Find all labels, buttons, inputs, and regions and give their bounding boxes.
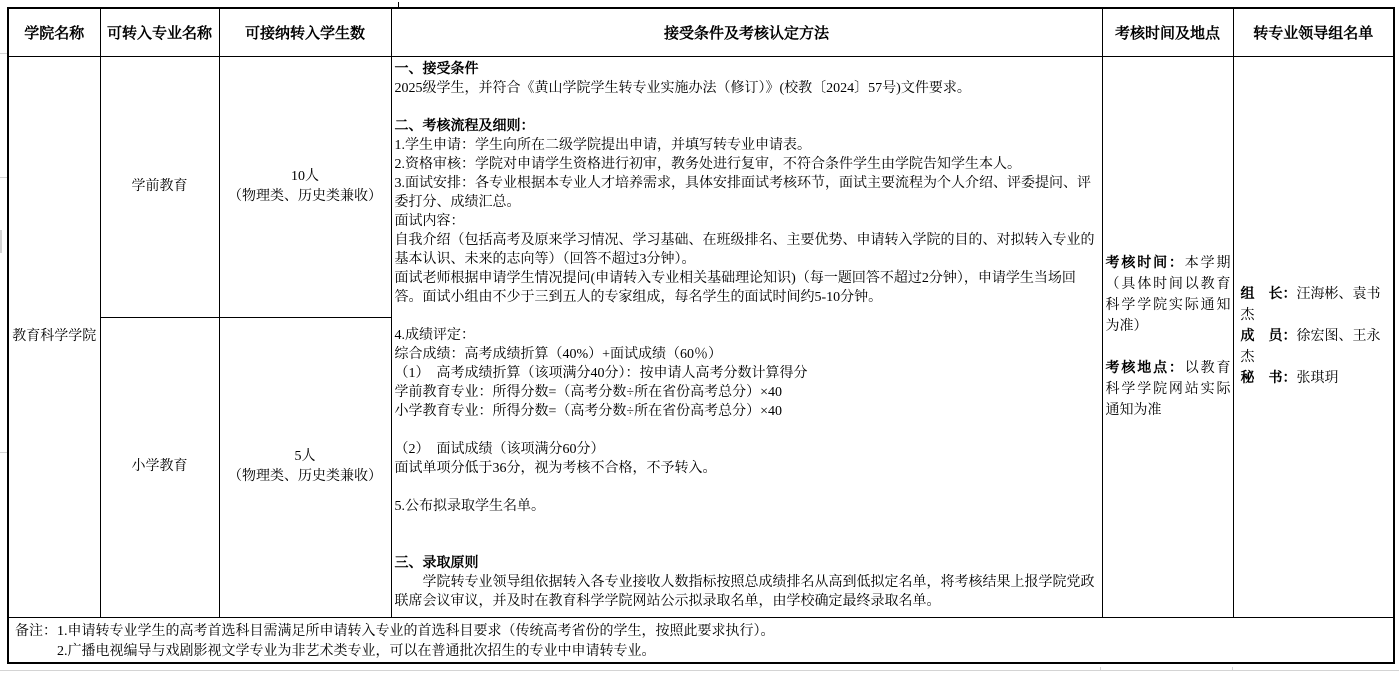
transfer-policy-table: 学院名称 可转入专业名称 可接纳转入学生数 接受条件及考核认定方法 考核时间及地… <box>7 7 1395 664</box>
header-leader-group: 转专业领导组名单 <box>1233 8 1394 56</box>
condition-line: 5.公布拟录取学生名单。 <box>395 497 1099 516</box>
quota-cell-preschool: 10人 （物理类、历史类兼收） <box>219 56 391 317</box>
condition-line: 2025级学生，并符合《黄山学院学生转专业实施办法（修订）》(校教〔2024〕5… <box>395 79 1099 98</box>
major-cell-primary: 小学教育 <box>100 317 219 617</box>
notes-cell: 备注：1.申请转专业学生的高考首选科目需满足所申请转入专业的首选科目要求（传统高… <box>8 617 1394 663</box>
note-line-1: 备注：1.申请转专业学生的高考首选科目需满足所申请转入专业的首选科目要求（传统高… <box>15 622 1387 642</box>
schedule-place-label: 考核地点： <box>1106 361 1185 376</box>
condition-line: 小学教育专业：所得分数=（高考分数÷所在省份高考总分）×40 <box>395 402 1099 421</box>
header-schedule: 考核时间及地点 <box>1102 8 1233 56</box>
gridline-artifact <box>0 53 7 54</box>
major-cell-preschool: 学前教育 <box>100 56 219 317</box>
quota-number: 10人 <box>222 167 389 187</box>
leader-row: 组 长：汪海彬、袁书杰 <box>1241 284 1390 326</box>
condition-line <box>395 307 1099 326</box>
gridline-artifact <box>1100 667 1101 671</box>
table-header-row: 学院名称 可转入专业名称 可接纳转入学生数 接受条件及考核认定方法 考核时间及地… <box>8 8 1394 56</box>
gridline-artifact <box>0 452 7 453</box>
condition-line <box>395 98 1099 117</box>
condition-line: 学院转专业领导组依据转入各专业接收人数指标按照总成绩排名从高到低拟定名单，将考核… <box>395 573 1099 611</box>
leader-row: 成 员：徐宏图、王永杰 <box>1241 326 1390 368</box>
leader-role-label: 秘 书： <box>1241 371 1297 386</box>
quota-cell-primary: 5人 （物理类、历史类兼收） <box>219 317 391 617</box>
condition-line: 2.资格审核：学院对申请学生资格进行初审，教务处进行复审，不符合条件学生由学院告… <box>395 155 1099 174</box>
quota-note: （物理类、历史类兼收） <box>222 187 389 207</box>
condition-line: 1.学生申请：学生向所在二级学院提出申请，并填写转专业申请表。 <box>395 136 1099 155</box>
condition-line: 二、考核流程及细则： <box>395 117 1099 136</box>
condition-line <box>395 478 1099 497</box>
leader-row: 秘 书：张琪玥 <box>1241 368 1390 389</box>
gridline-artifact <box>0 670 1399 671</box>
page: { "table": { "headers": [ "学院名称", "可转入专业… <box>0 0 1399 673</box>
leader-names: 张琪玥 <box>1297 371 1339 386</box>
leaders-cell: 组 长：汪海彬、袁书杰 成 员：徐宏图、王永杰 秘 书：张琪玥 <box>1233 56 1394 617</box>
table-row: 教育科学学院 学前教育 10人 （物理类、历史类兼收） 一、接受条件2025级学… <box>8 56 1394 317</box>
note-row: 备注：1.申请转专业学生的高考首选科目需满足所申请转入专业的首选科目要求（传统高… <box>8 617 1394 663</box>
condition-line: 自我介绍（包括高考及原来学习情况、学习基础、在班级排名、主要优势、申请转入学院的… <box>395 231 1099 269</box>
quota-note: （物理类、历史类兼收） <box>222 467 389 487</box>
gridline-artifact <box>0 230 2 253</box>
condition-line: （1） 高考成绩折算（该项满分40分）：按申请人高考分数计算得分 <box>395 364 1099 383</box>
header-college-name: 学院名称 <box>8 8 100 56</box>
conditions-cell: 一、接受条件2025级学生，并符合《黄山学院学生转专业实施办法（修订）》(校教〔… <box>391 56 1102 617</box>
schedule-place: 考核地点：以教育科学学院网站实际通知为准 <box>1106 358 1231 421</box>
condition-line <box>395 421 1099 440</box>
quota-number: 5人 <box>222 447 389 467</box>
schedule-gap <box>1106 337 1231 358</box>
leader-role-label: 成 员： <box>1241 329 1297 344</box>
condition-line: 3.面试安排：各专业根据本专业人才培养需求，具体安排面试考核环节，面试主要流程为… <box>395 174 1099 212</box>
condition-line: 一、接受条件 <box>395 60 1099 79</box>
gridline-artifact <box>0 177 7 178</box>
college-name-cell: 教育科学学院 <box>8 56 100 617</box>
schedule-cell: 考核时间：本学期（具体时间以教育科学学院实际通知为准） 考核地点：以教育科学学院… <box>1102 56 1233 617</box>
condition-line: 4.成绩评定： <box>395 326 1099 345</box>
condition-line: 三、录取原则 <box>395 554 1099 573</box>
gridline-artifact <box>1232 667 1233 671</box>
header-student-quota: 可接纳转入学生数 <box>219 8 391 56</box>
gridline-artifact <box>398 2 399 8</box>
leader-role-label: 组 长： <box>1241 287 1297 302</box>
schedule-time-label: 考核时间： <box>1106 256 1185 271</box>
condition-line <box>395 516 1099 535</box>
condition-line: 面试老师根据申请学生情况提问(申请转入专业相关基础理论知识)（每一题回答不超过2… <box>395 269 1099 307</box>
schedule-time: 考核时间：本学期（具体时间以教育科学学院实际通知为准） <box>1106 253 1231 337</box>
note-line-2: 2.广播电视编导与戏剧影视文学专业为非艺术类专业，可以在普通批次招生的专业中申请… <box>15 642 1387 662</box>
condition-line: 综合成绩：高考成绩折算（40%）+面试成绩（60％） <box>395 345 1099 364</box>
header-major-name: 可转入专业名称 <box>100 8 219 56</box>
condition-line: （2） 面试成绩（该项满分60分） <box>395 440 1099 459</box>
condition-line: 面试单项分低于36分，视为考核不合格，不予转入。 <box>395 459 1099 478</box>
condition-line <box>395 535 1099 554</box>
condition-line: 学前教育专业：所得分数=（高考分数÷所在省份高考总分）×40 <box>395 383 1099 402</box>
header-conditions: 接受条件及考核认定方法 <box>391 8 1102 56</box>
condition-line: 面试内容： <box>395 212 1099 231</box>
